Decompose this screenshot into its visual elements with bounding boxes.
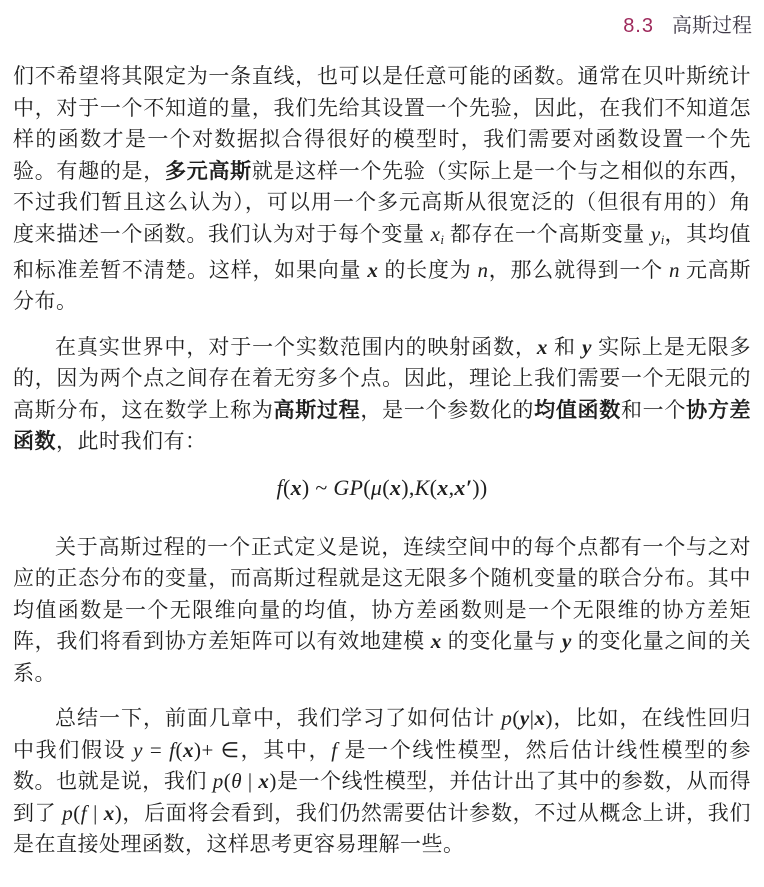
text-segment: p [213,769,224,793]
text-segment: x [390,475,401,500]
text-segment: n [477,258,488,282]
text-segment: 和 [548,335,582,359]
text-segment: x [534,706,545,730]
text-segment: x [437,475,448,500]
text-segment: | [242,769,258,793]
text-segment: μ [371,475,382,500]
book-page: 8.3高斯过程 们不希望将其限定为一条直线，也可以是任意可能的函数。通常在贝叶斯… [0,0,764,887]
text-segment: θ [231,769,242,793]
text-segment: y [582,335,592,359]
text-segment: K [415,475,430,500]
paragraph-3: 关于高斯过程的一个正式定义是说，连续空间中的每个点都有一个与之对应的正态分布的变… [13,532,751,690]
text-segment: ( [382,475,390,500]
text-segment: ) [269,769,277,793]
text-segment: ), [401,475,414,500]
text-segment: x [258,769,269,793]
text-segment: y [562,629,572,653]
text-segment: ，那么就得到一个 [488,258,668,282]
text-segment: ，此时我们有： [56,429,207,453]
text-segment: 高斯过程 [274,398,361,422]
paragraph-4: 总结一下，前面几章中，我们学习了如何估计 p(y|x)，比如，在线性回归中我们假… [13,703,751,861]
page-content: 们不希望将其限定为一条直线，也可以是任意可能的函数。通常在贝叶斯统计中，对于一个… [0,38,764,861]
text-segment: )) [472,475,487,500]
text-segment: ( [512,706,520,730]
text-segment: p [501,706,512,730]
text-segment: | [87,801,104,825]
text-segment: 多元高斯 [165,159,252,183]
text-segment: x [104,801,115,825]
text-segment: x [537,335,548,359]
section-title: 高斯过程 [672,15,752,37]
gaussian-process-formula: f(x) ~ GP(μ(x),K(x,x′)) [13,473,751,503]
text-segment: ( [73,801,81,825]
text-segment: ( [283,475,291,500]
text-segment: GP [333,475,363,500]
text-segment: = [143,738,169,762]
text-segment: x [367,258,378,282]
text-segment: ) ~ [302,475,333,500]
text-segment: x [183,738,194,762]
text-segment: ) [545,706,553,730]
text-segment: 的长度为 [378,258,477,282]
text-segment: ( [175,738,183,762]
text-segment: 的变化量与 [442,629,562,653]
text-segment: n [669,258,680,282]
text-segment: p [62,801,73,825]
text-segment: ( [363,475,371,500]
text-segment: y [133,738,143,762]
text-segment: 和一个 [621,398,686,422]
text-segment: ，是一个参数化的 [360,398,534,422]
paragraph-1: 们不希望将其限定为一条直线，也可以是任意可能的函数。通常在贝叶斯统计中，对于一个… [13,61,751,318]
text-segment: 在真实世界中，对于一个实数范围内的映射函数， [55,335,537,359]
text-segment: x [291,475,302,500]
text-segment: ，后面将会看到，我们仍然需要估计参数，不过从概念上讲，我们是在直接处理函数，这样… [13,801,751,857]
text-segment: x [431,629,442,653]
text-segment: 总结一下，前面几章中，我们学习了如何估计 [55,706,501,730]
page-header: 8.3高斯过程 [0,0,764,38]
text-segment: y [651,222,661,246]
text-segment: 都存在一个高斯变量 [444,222,651,246]
text-segment: 均值函数 [534,398,621,422]
text-segment: y [520,706,530,730]
section-number: 8.3 [623,15,654,37]
text-segment: ，其中， [239,738,331,762]
text-segment: x′ [454,475,472,500]
paragraph-2: 在真实世界中，对于一个实数范围内的映射函数，x 和 y 实际上是无限多的，因为两… [13,332,751,458]
text-segment: x [431,222,441,246]
text-segment: )+ ∈ [194,738,240,762]
